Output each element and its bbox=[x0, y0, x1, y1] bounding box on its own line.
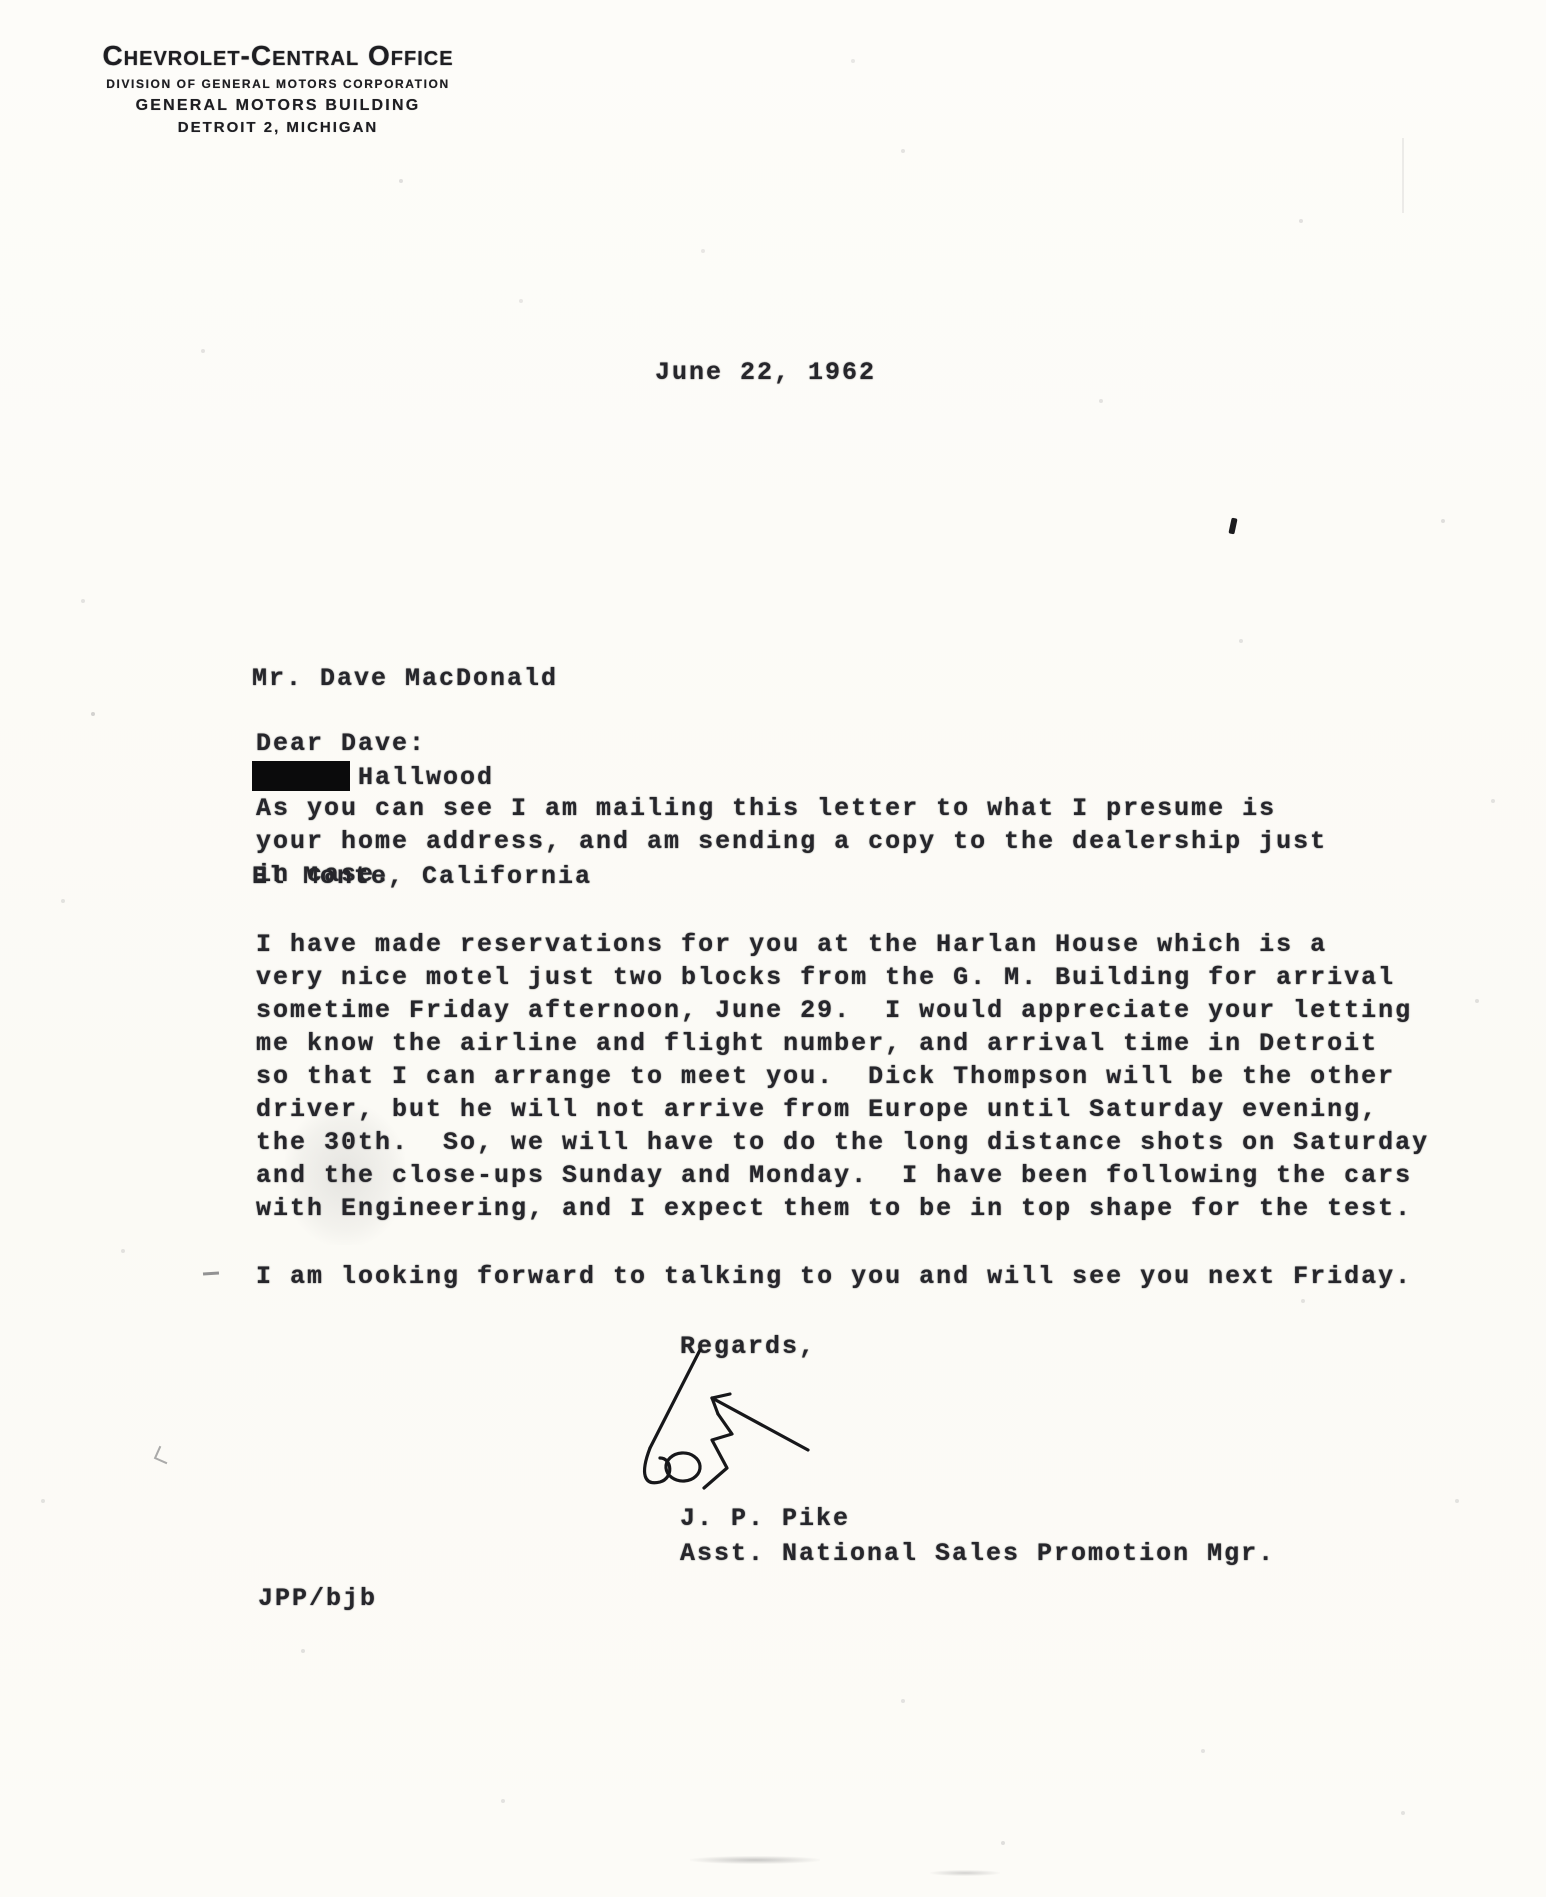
date-line: June 22, 1962 bbox=[655, 356, 876, 389]
letterhead: Chevrolet-Central Office DIVISION OF GEN… bbox=[62, 40, 494, 136]
letterhead-city: DETROIT 2, MICHIGAN bbox=[62, 119, 494, 136]
recipient-street: Hallwood bbox=[358, 763, 494, 792]
body-paragraph-3: I am looking forward to talking to you a… bbox=[256, 1260, 1496, 1293]
scan-artifact-smudge bbox=[930, 1870, 1000, 1876]
signature-scrawl bbox=[580, 1338, 840, 1498]
recipient-block: Mr. Dave MacDonald Hallwood El Monte, Ca… bbox=[252, 596, 592, 959]
scan-artifact-margin-dash bbox=[203, 1271, 219, 1275]
letterhead-company: Chevrolet-Central Office bbox=[62, 40, 494, 72]
letterhead-building: GENERAL MOTORS BUILDING bbox=[62, 97, 494, 115]
reference-initials: JPP/bjb bbox=[258, 1582, 377, 1615]
recipient-street-line: Hallwood bbox=[252, 761, 592, 794]
signature-title: Asst. National Sales Promotion Mgr. bbox=[680, 1537, 1275, 1570]
salutation: Dear Dave: bbox=[256, 727, 426, 760]
scan-artifact-tick bbox=[1228, 518, 1237, 535]
body-paragraph-2: I have made reservations for you at the … bbox=[256, 928, 1486, 1225]
recipient-name: Mr. Dave MacDonald bbox=[252, 662, 592, 695]
signature-name: J. P. Pike bbox=[680, 1502, 850, 1535]
redaction-box bbox=[252, 761, 350, 791]
scan-artifact-smudge bbox=[690, 1856, 820, 1864]
body-paragraph-1: As you can see I am mailing this letter … bbox=[256, 792, 1466, 891]
scan-artifact-pencil-mark bbox=[154, 1446, 172, 1464]
letter-page: Chevrolet-Central Office DIVISION OF GEN… bbox=[0, 0, 1546, 1897]
scan-artifact-streak bbox=[1402, 138, 1404, 213]
letterhead-division: DIVISION OF GENERAL MOTORS CORPORATION bbox=[62, 77, 494, 91]
